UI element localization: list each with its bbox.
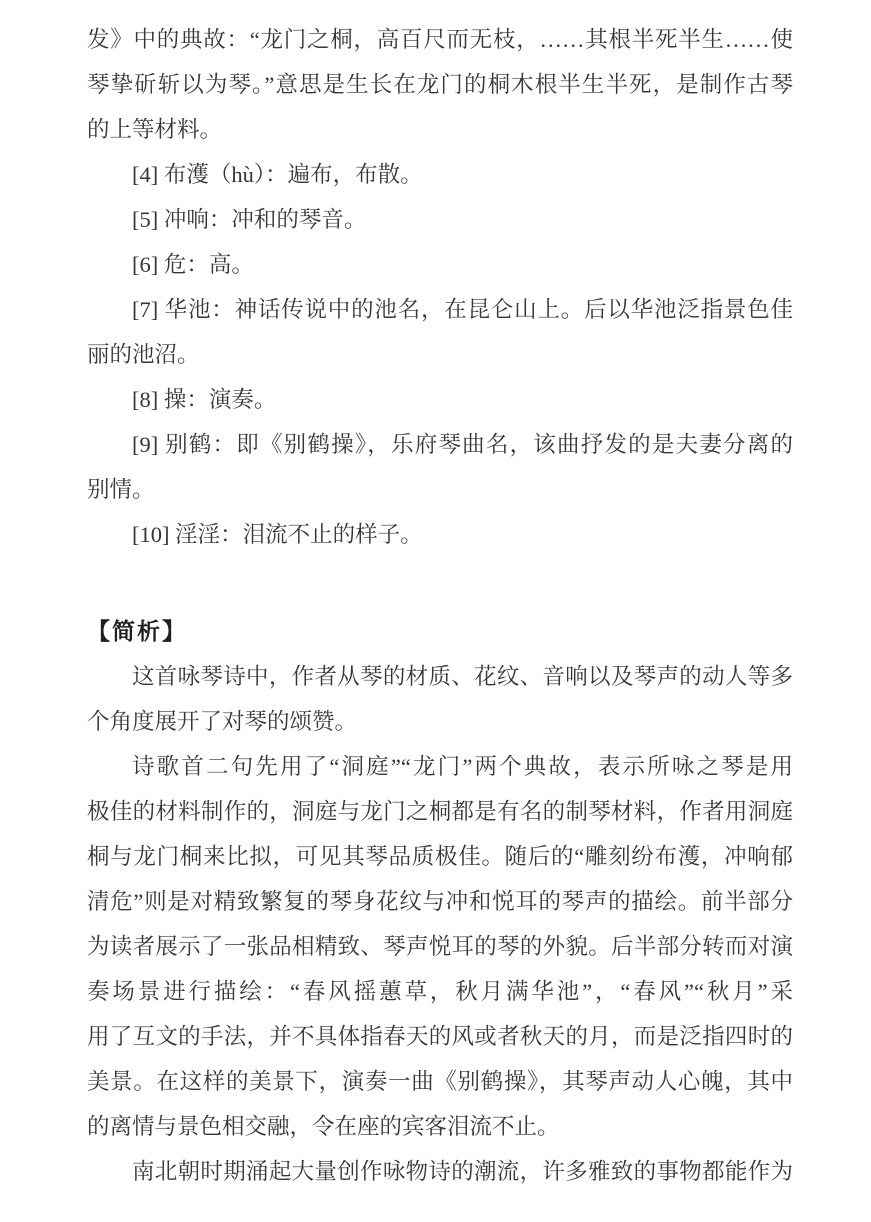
note-line-8: [8] 操：演奏。: [87, 377, 793, 422]
note-line-6: [6] 危：高。: [87, 242, 793, 287]
analysis-line: 个角度展开了对琴的颂赞。: [87, 699, 793, 744]
note-line-7-cont: 丽的池沼。: [87, 332, 793, 377]
analysis-section-heading: 【简析】: [87, 609, 793, 654]
note-line-4: [4] 布濩（hù）：遍布，布散。: [87, 152, 793, 197]
body-line: 发》中的典故：“龙门之桐，高百尺而无枝，……其根半死半生……使: [87, 17, 793, 62]
document-page: 发》中的典故：“龙门之桐，高百尺而无枝，……其根半死半生……使 琴挚斫斩以为琴。…: [0, 0, 871, 1222]
body-line: 的上等材料。: [87, 107, 793, 152]
analysis-line: 用了互文的手法，并不具体指春天的风或者秋天的月，而是泛指四时的: [87, 1014, 793, 1059]
body-line: 琴挚斫斩以为琴。”意思是生长在龙门的桐木根半生半死，是制作古琴: [87, 62, 793, 107]
analysis-line: 桐与龙门桐来比拟，可见其琴品质极佳。随后的“雕刻纷布濩，冲响郁: [87, 834, 793, 879]
analysis-line: 南北朝时期涌起大量创作咏物诗的潮流，许多雅致的事物都能作为: [87, 1149, 793, 1194]
analysis-line: 这首咏琴诗中，作者从琴的材质、花纹、音响以及琴声的动人等多: [87, 654, 793, 699]
analysis-line: 奏场景进行描绘：“春风摇蕙草，秋月满华池”，“春风”“秋月”采: [87, 969, 793, 1014]
analysis-line: 的离情与景色相交融，令在座的宾客泪流不止。: [87, 1104, 793, 1149]
analysis-line: 极佳的材料制作的，洞庭与龙门之桐都是有名的制琴材料，作者用洞庭: [87, 789, 793, 834]
note-line-7: [7] 华池：神话传说中的池名，在昆仑山上。后以华池泛指景色佳: [87, 287, 793, 332]
note-line-5: [5] 冲响：冲和的琴音。: [87, 197, 793, 242]
note-line-9: [9] 别鹤：即《别鹤操》，乐府琴曲名，该曲抒发的是夫妻分离的: [87, 422, 793, 467]
note-line-10: [10] 淫淫：泪流不止的样子。: [87, 512, 793, 557]
analysis-line: 清危”则是对精致繁复的琴身花纹与冲和悦耳的琴声的描绘。前半部分: [87, 879, 793, 924]
analysis-line: 诗歌首二句先用了“洞庭”“龙门”两个典故，表示所咏之琴是用: [87, 744, 793, 789]
note-line-9-cont: 别情。: [87, 467, 793, 512]
analysis-line: 为读者展示了一张品相精致、琴声悦耳的琴的外貌。后半部分转而对演: [87, 924, 793, 969]
analysis-line: 美景。在这样的美景下，演奏一曲《别鹤操》，其琴声动人心魄，其中: [87, 1059, 793, 1104]
text-block: 发》中的典故：“龙门之桐，高百尺而无枝，……其根半死半生……使 琴挚斫斩以为琴。…: [87, 17, 793, 1194]
